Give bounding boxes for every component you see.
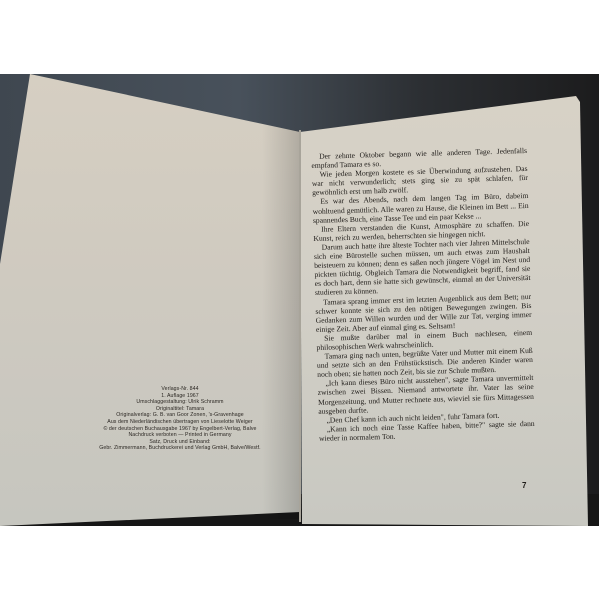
gutter-shadow (262, 124, 302, 519)
book-spine (299, 130, 301, 522)
imprint-line: Verlags-Nr. 844 (60, 386, 300, 393)
imprint-line: © der deutschen Buchausgabe 1967 by Enge… (60, 426, 300, 433)
paragraph: Darum auch hatte ihre älteste Tochter na… (314, 237, 531, 298)
page-number: 7 (522, 481, 526, 490)
imprint-line: Aus dem Niederländischen übertragen von … (60, 419, 300, 426)
imprint-line: Satz, Druck und Einband: (60, 439, 300, 446)
paragraph: „Ich kann dieses Büro nicht ausstehen", … (317, 373, 534, 415)
paragraph: Tamara sprang immer erst im letzten Auge… (315, 291, 532, 333)
imprint-line: Originaltitel: Tamara (60, 406, 300, 413)
imprint-line: Nachdruck verboten — Printed in Germany (60, 432, 300, 439)
imprint-line: 1. Auflage 1967 (60, 393, 300, 400)
imprint-line: Originalverlag: G. B. van Goor Zonen, 's… (60, 412, 300, 419)
left-page (0, 74, 300, 526)
imprint-block: Verlags-Nr. 844 1. Auflage 1967 Umschlag… (60, 386, 300, 452)
chapter-text: Der zehnte Oktober begann wie alle ander… (311, 146, 535, 443)
imprint-line: Gebr. Zimmermann, Buchdruckerei und Verl… (60, 445, 300, 452)
photo-scene: Verlags-Nr. 844 1. Auflage 1967 Umschlag… (0, 74, 599, 526)
imprint-line: Umschlaggestaltung: Ulrik Schramm (60, 399, 300, 406)
